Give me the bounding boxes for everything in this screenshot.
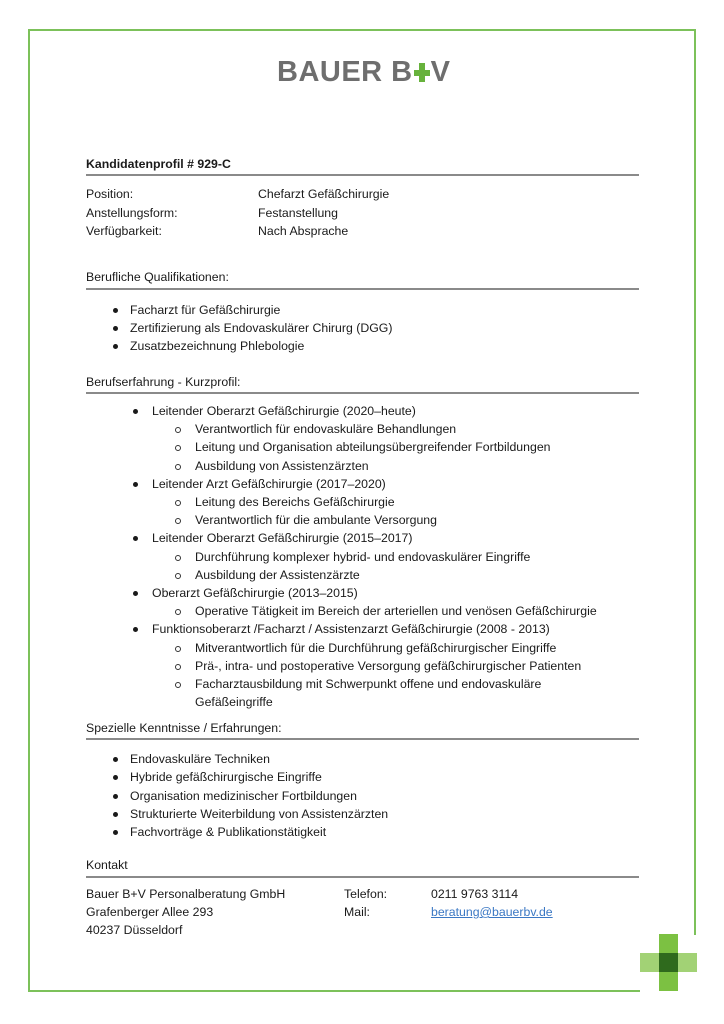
list-item: Endovaskuläre Techniken — [130, 751, 270, 767]
list-item: Strukturierte Weiterbildung von Assisten… — [130, 806, 388, 822]
field-value: Nach Absprache — [258, 223, 348, 239]
position-title: Funktionsoberarzt /Facharzt / Assistenza… — [152, 621, 550, 637]
list-item: Zertifizierung als Endovaskulärer Chirur… — [130, 320, 392, 336]
list-item: Hybride gefäßchirurgische Eingriffe — [130, 769, 322, 785]
bullet-icon — [133, 409, 138, 414]
field-label: Anstellungsform: — [86, 205, 178, 221]
frame-border-right — [694, 29, 696, 935]
bullet-icon — [113, 326, 118, 331]
field-label: Position: — [86, 186, 133, 202]
divider — [86, 288, 639, 290]
position-detail: Ausbildung von Assistenzärzten — [195, 458, 369, 474]
position-detail: Verantwortlich für endovaskuläre Behandl… — [195, 421, 456, 437]
frame-border-bottom — [28, 990, 640, 992]
section-heading: Berufliche Qualifikationen: — [86, 269, 229, 285]
bullet-icon — [113, 344, 118, 349]
bullet-icon — [113, 757, 118, 762]
position-title: Leitender Oberarzt Gefäßchirurgie (2020–… — [152, 403, 416, 419]
position-title: Leitender Arzt Gefäßchirurgie (2017–2020… — [152, 476, 386, 492]
circle-bullet-icon — [175, 646, 181, 652]
circle-bullet-icon — [175, 664, 181, 670]
phone-value: 0211 9763 3114 — [431, 886, 518, 902]
position-detail: Facharztausbildung mit Schwerpunkt offen… — [195, 676, 541, 692]
bullet-icon — [133, 591, 138, 596]
contact-city: 40237 Düsseldorf — [86, 922, 182, 938]
circle-bullet-icon — [175, 609, 181, 615]
list-item: Organisation medizinischer Fortbildungen — [130, 788, 357, 804]
position-detail: Prä-, intra- und postoperative Versorgun… — [195, 658, 581, 674]
circle-bullet-icon — [175, 555, 181, 561]
bullet-icon — [113, 830, 118, 835]
circle-bullet-icon — [175, 427, 181, 433]
phone-label: Telefon: — [344, 886, 387, 902]
position-detail: Verantwortlich für die ambulante Versorg… — [195, 512, 437, 528]
circle-bullet-icon — [175, 573, 181, 579]
section-heading: Spezielle Kenntnisse / Erfahrungen: — [86, 720, 282, 736]
circle-bullet-icon — [175, 500, 181, 506]
contact-company: Bauer B+V Personalberatung GmbH — [86, 886, 285, 902]
field-value: Festanstellung — [258, 205, 338, 221]
position-detail: Ausbildung der Assistenzärzte — [195, 567, 360, 583]
bullet-icon — [113, 794, 118, 799]
frame-border-left — [28, 29, 30, 992]
list-item: Facharzt für Gefäßchirurgie — [130, 302, 280, 318]
divider — [86, 392, 639, 394]
contact-street: Grafenberger Allee 293 — [86, 904, 213, 920]
bullet-icon — [113, 308, 118, 313]
profile-title: Kandidatenprofil # 929-C — [86, 156, 231, 172]
position-detail: Operative Tätigkeit im Bereich der arter… — [195, 603, 597, 619]
circle-bullet-icon — [175, 518, 181, 524]
bullet-icon — [133, 482, 138, 487]
mail-link[interactable]: beratung@bauerbv.de — [431, 904, 553, 920]
logo-text-left: BAUER B — [277, 56, 413, 88]
frame-border-top — [28, 29, 696, 31]
section-heading: Berufserfahrung - Kurzprofil: — [86, 374, 240, 390]
mail-label: Mail: — [344, 904, 370, 920]
section-heading: Kontakt — [86, 857, 128, 873]
circle-bullet-icon — [175, 682, 181, 688]
position-title: Oberarzt Gefäßchirurgie (2013–2015) — [152, 585, 358, 601]
divider — [86, 738, 639, 740]
position-title: Leitender Oberarzt Gefäßchirurgie (2015–… — [152, 530, 412, 546]
bullet-icon — [133, 536, 138, 541]
position-detail: Gefäßeingriffe — [195, 694, 273, 710]
position-detail: Mitverantwortlich für die Durchführung g… — [195, 640, 556, 656]
plus-icon — [414, 61, 430, 83]
position-detail: Durchführung komplexer hybrid- und endov… — [195, 549, 530, 565]
field-value: Chefarzt Gefäßchirurgie — [258, 186, 389, 202]
circle-bullet-icon — [175, 464, 181, 470]
bullet-icon — [133, 627, 138, 632]
logo: BAUER BV — [277, 56, 450, 89]
field-label: Verfügbarkeit: — [86, 223, 162, 239]
position-detail: Leitung und Organisation abteilungsüberg… — [195, 439, 551, 455]
cross-logo-icon — [640, 934, 697, 991]
list-item: Zusatzbezeichnung Phlebologie — [130, 338, 304, 354]
logo-text-right: V — [431, 56, 451, 88]
divider — [86, 876, 639, 878]
bullet-icon — [113, 775, 118, 780]
divider — [86, 174, 639, 176]
circle-bullet-icon — [175, 445, 181, 451]
position-detail: Leitung des Bereichs Gefäßchirurgie — [195, 494, 395, 510]
list-item: Fachvorträge & Publikationstätigkeit — [130, 824, 326, 840]
bullet-icon — [113, 812, 118, 817]
